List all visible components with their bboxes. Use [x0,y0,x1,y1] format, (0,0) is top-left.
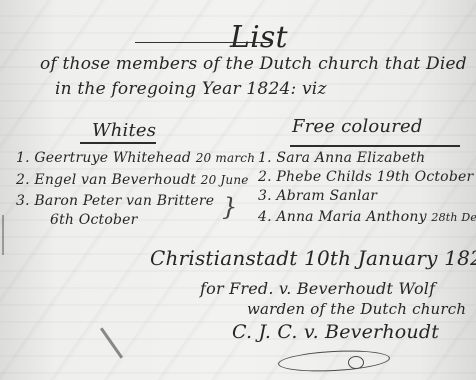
signature-flourish-loop [348,356,364,369]
document-title: List [230,20,288,55]
entry-name: Abram Sanlar [276,188,377,204]
entry-date: 28th Dec [431,211,476,224]
bracket-mark: } [222,193,237,221]
entry-number: 1. [16,150,30,166]
entry-number: 3. [258,188,272,204]
signature-line-1: for Fred. v. Beverhoudt Wolf [200,279,435,298]
title-underline [135,42,273,43]
heading-underline-coloured [290,145,460,147]
entry-date: 19th October [377,169,474,185]
coloured-entry: 2. Phebe Childs 19th October [258,169,473,185]
subtitle-line-2: in the foregoing Year 1824: viz [55,79,327,99]
entry-name: Anna Maria Anthony [276,209,426,225]
entry-number: 2. [16,172,30,188]
entry-name: Baron Peter van Brittere [34,193,214,209]
entry-number: 3. [16,193,30,209]
manuscript-page: List of those members of the Dutch churc… [0,0,476,380]
whites-entry-date-continued: 6th October [50,212,138,228]
heading-underline-whites [80,142,156,144]
whites-entry: 3. Baron Peter van Brittere [16,193,214,209]
margin-mark [2,215,4,255]
coloured-entry: 1. Sara Anna Elizabeth [258,150,425,166]
entry-name: Engel van Beverhoudt [34,172,196,188]
entry-date: 20 June [201,173,249,187]
entry-name: Geertruye Whitehead [34,150,191,166]
whites-entry: 2. Engel van Beverhoudt 20 June [16,172,249,188]
column-heading-coloured: Free coloured [292,116,423,137]
entry-number: 1. [258,150,272,166]
entry-name: Phebe Childs [276,169,372,185]
signature-flourish [278,348,391,374]
ink-stroke [100,327,123,358]
place-and-date: Christianstadt 10th January 1825 [150,246,476,270]
coloured-entry: 3. Abram Sanlar [258,188,377,204]
whites-entry: 1. Geertruye Whitehead 20 march [16,150,255,166]
column-heading-whites: Whites [92,120,156,141]
signature-name: C. J. C. v. Beverhoudt [232,321,439,343]
signature-line-2: warden of the Dutch church [247,300,466,318]
entry-number: 4. [258,209,272,225]
entry-number: 2. [258,169,272,185]
subtitle-line-1: of those members of the Dutch church tha… [40,54,467,74]
entry-name: Sara Anna Elizabeth [276,150,425,166]
coloured-entry: 4. Anna Maria Anthony 28th Dec [258,209,476,225]
entry-date: 20 march [196,151,255,165]
